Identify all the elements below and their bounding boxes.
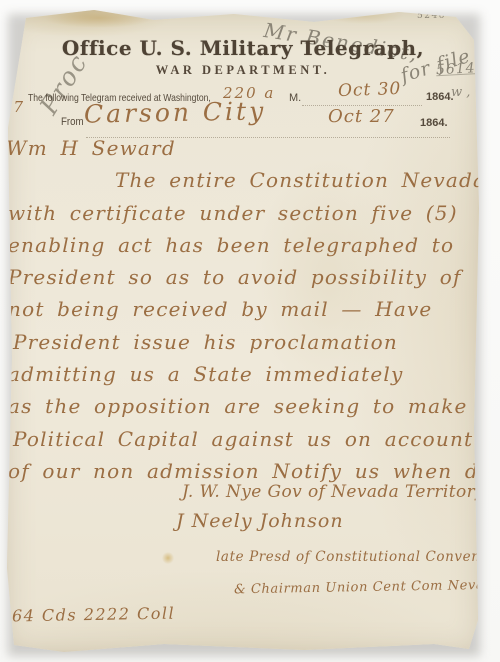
header-department-line: WAR DEPARTMENT. (4, 63, 482, 78)
from-place-field: Carson City (84, 96, 267, 128)
body-line: President so as to avoid possibility of (6, 265, 480, 297)
pencil-mark-after-year: w , (451, 85, 470, 100)
signature-nye: J. W. Nye Gov of Nevada Territory (182, 482, 485, 502)
margin-number: 17 (4, 98, 23, 116)
clerk-note: 64 Cds 2222 Coll (12, 604, 175, 626)
telegram-document: Proc Mr Benedict, for file 5246 56149 w … (4, 8, 482, 654)
body-line: not being received by mail — Have (6, 297, 480, 329)
pencil-number-small: 5246 (417, 11, 446, 21)
body-line: as the opposition are seeking to make (6, 394, 480, 426)
body-line: enabling act has been telegraphed to (6, 233, 480, 265)
signature-title-line2: & Chairman Union Cent Com Nevada (234, 578, 500, 598)
body-line: Political Capital against us on account (6, 427, 480, 459)
body-line: with certificate under section five (5) (6, 201, 480, 233)
body-line: admitting us a State immediately (6, 362, 480, 394)
meridian-label: M. (289, 92, 301, 104)
body-line: President issue his proclamation (6, 330, 480, 362)
recipient-line: Wm H Seward (6, 136, 480, 168)
signature-title-line1: late Presd of Constitutional Convention (216, 549, 500, 565)
paper-stain (44, 8, 154, 28)
sent-date-field: Oct 27 (328, 106, 395, 127)
paper-stain (162, 552, 174, 564)
signature-johnson: J Neely Johnson (176, 510, 344, 532)
photo-backdrop: Proc Mr Benedict, for file 5246 56149 w … (0, 0, 500, 662)
message-body: Wm H Seward The entire Constitution Neva… (6, 136, 480, 491)
from-label: From (61, 116, 84, 128)
body-line: The entire Constitution Nevada (6, 168, 480, 200)
header-office-line: Office U. S. Military Telegraph, (4, 36, 482, 60)
sent-year: 1864. (420, 117, 448, 129)
received-date-field: Oct 30 (338, 79, 402, 101)
received-year: 1864. (426, 91, 454, 103)
